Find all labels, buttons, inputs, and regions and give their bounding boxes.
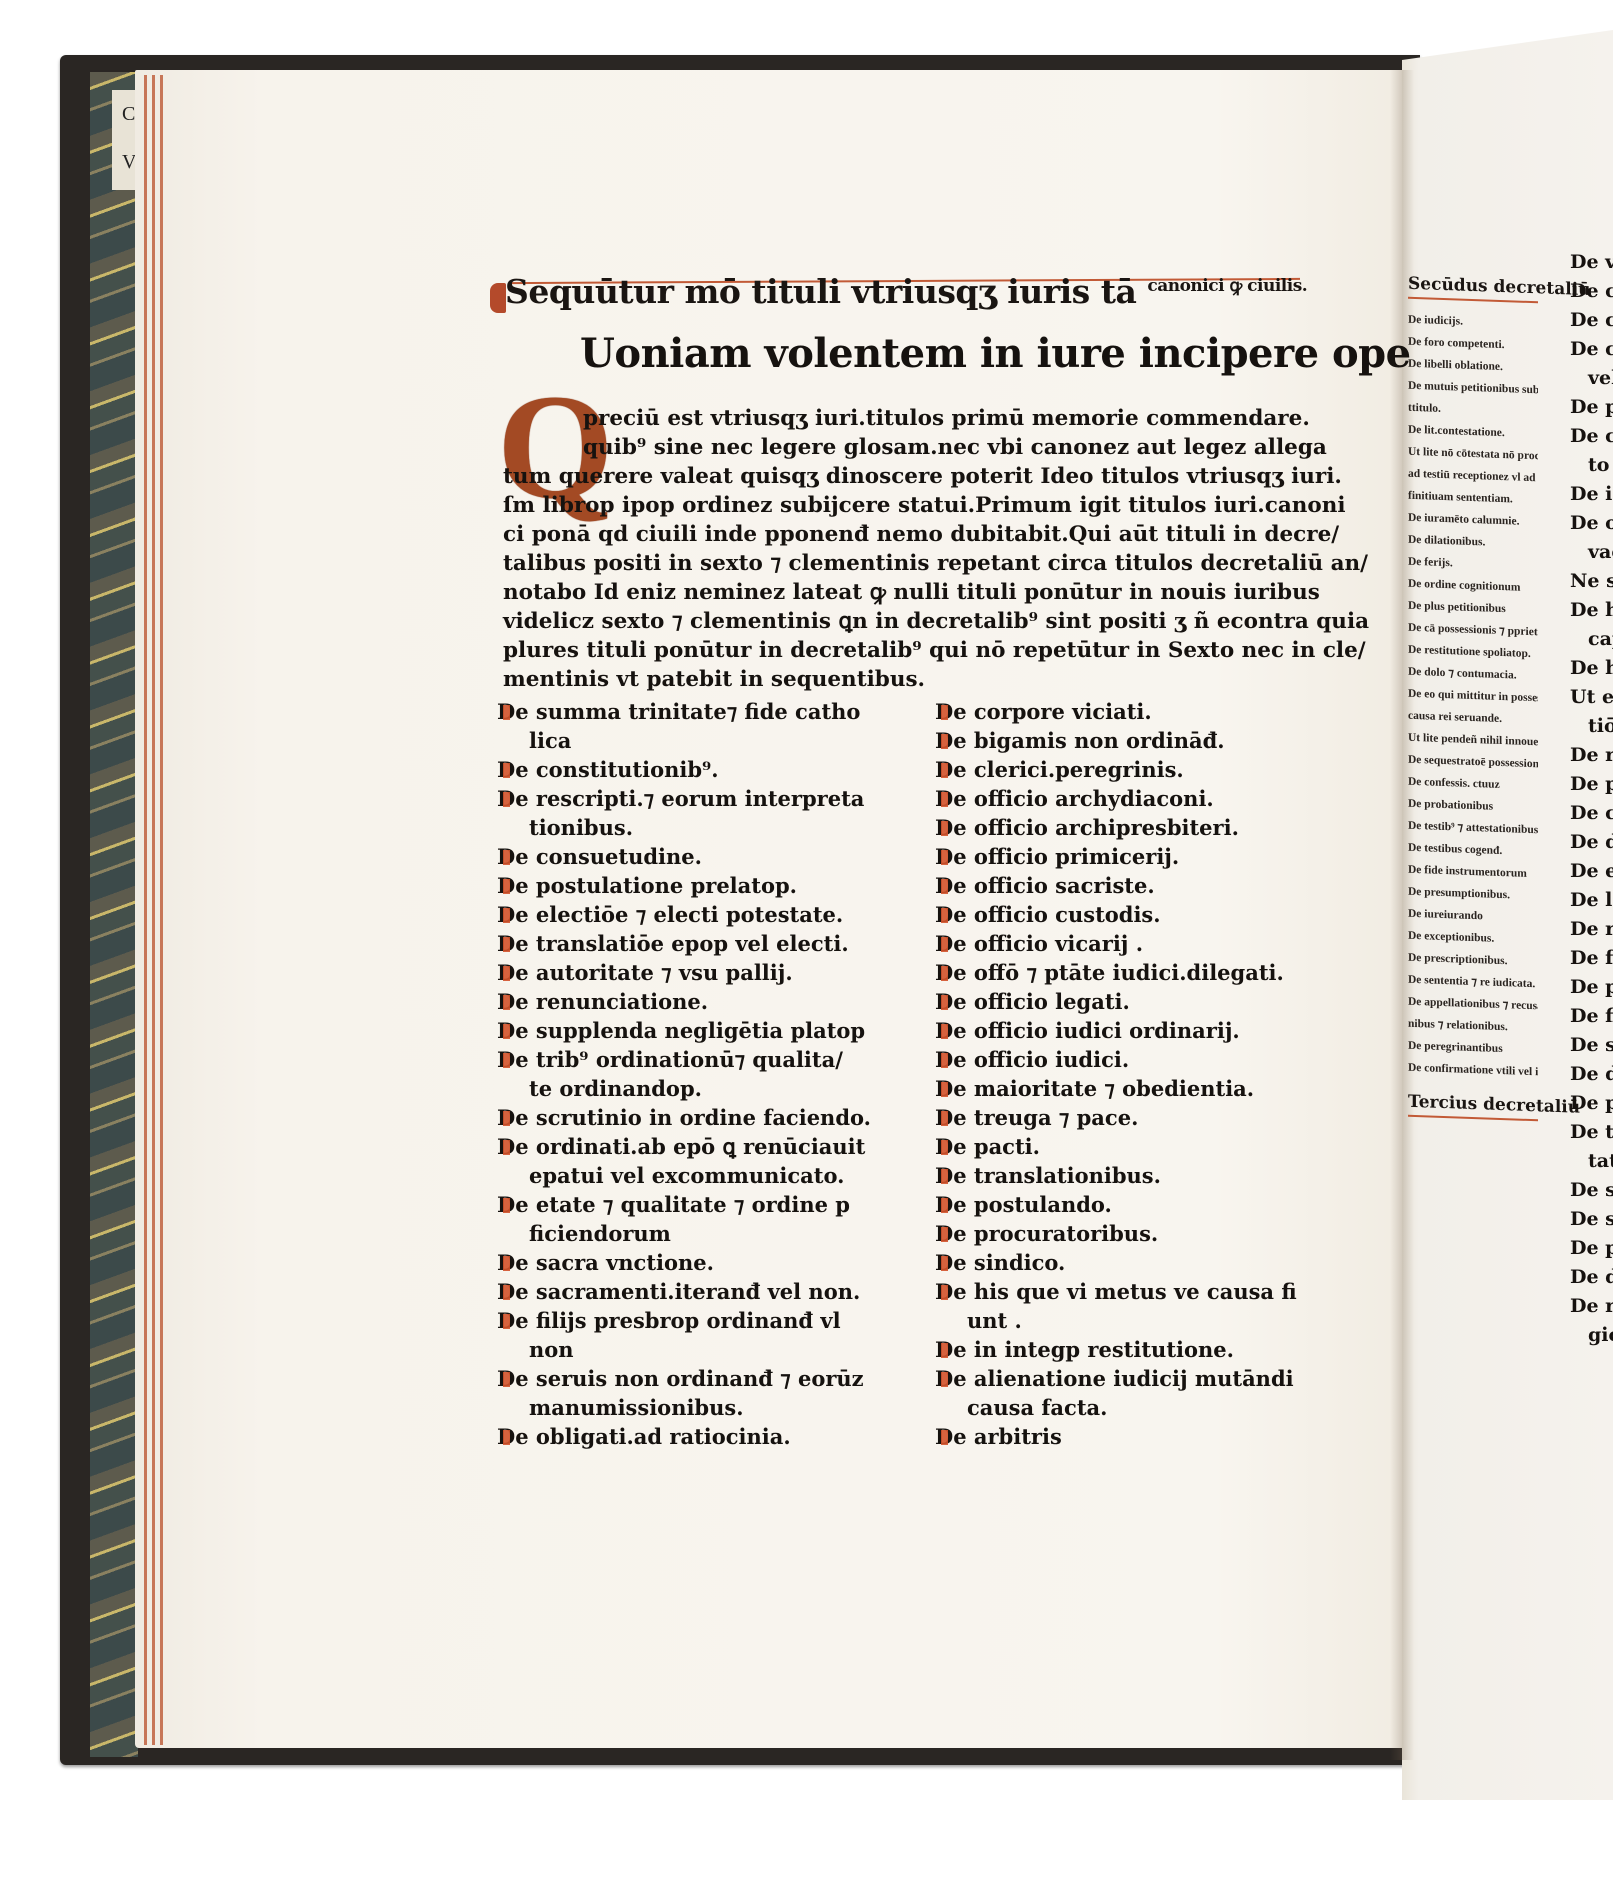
title-entry: De in integp restitutione. [935,1335,1315,1364]
rubricated-capital-icon [941,1198,948,1213]
title-entry-text: De rescripti.⁊ eorum interpreta [497,786,864,811]
rubricated-capital-icon [941,1372,948,1387]
marbled-endpaper [90,72,138,1757]
title-entry-text: De his que vi metus ve causa fi [935,1279,1297,1304]
title-entry: De constitutionib⁹. [497,755,917,784]
rubricated-capital-icon [503,937,510,952]
title-entry: De test [1570,1118,1613,1147]
rubricated-capital-icon [941,1140,948,1155]
title-entry: De officio sacriste. [935,871,1315,900]
title-entry-continuation: unt . [935,1306,1315,1335]
title-entry-continuation: epatui vel excommunicato. [497,1161,917,1190]
rubricated-capital-icon [941,792,948,807]
title-entry: De officio legati. [935,987,1315,1016]
rubricated-capital-icon [941,1024,948,1039]
title-entry: De his [1570,654,1613,683]
title-entry: De dep [1570,828,1613,857]
title-entry-text: De trib⁹ ordinationū⁊ qualita/ [497,1047,843,1072]
title-entry-text: De seruis non ordinanđ ⁊ eorūz [497,1366,864,1391]
title-entry: De procuratoribus. [935,1219,1315,1248]
title-entry: De vi [1570,248,1613,277]
title-entry-text: De obligati.ad ratiocinia. [497,1424,791,1449]
titles-column-2: De corpore viciati.De bigamis non ordinā… [935,697,1315,1451]
title-entry: De sacra vnctione. [497,1248,917,1277]
title-entry-text: De officio archydiaconi. [935,786,1214,811]
rubricated-capital-icon [941,1343,948,1358]
title-entry: De co [1570,277,1613,306]
title-entry-text: De officio primicerij. [935,844,1179,869]
title-entry-text: De pacti. [935,1134,1040,1159]
title-entry-continuation: manumissionibus. [497,1393,917,1422]
title-entry-text: De translatiōe epop vel electi. [497,931,849,956]
title-entry: De ordinati.ab epō ꝗ renūciauitepatui ve… [497,1132,917,1190]
title-entry: De postulando. [935,1190,1315,1219]
title-entry-continuation: te ordinandop. [497,1074,917,1103]
section-heading: Secūdus decretaliū [1408,273,1538,304]
rubricated-capital-icon [503,1372,510,1387]
rubricated-capital-icon [941,995,948,1010]
rubricated-capital-icon [941,850,948,865]
title-entry: De scrutinio in ordine faciendo. [497,1103,917,1132]
title-entry: Ne sed [1570,567,1613,596]
title-entry: De clerici.peregrinis. [935,755,1315,784]
paragraph-line: quib⁹ sine nec legere glosam.nec vbi can… [503,433,1303,462]
title-entry: De reb [1570,741,1613,770]
title-entry: De con [1570,799,1613,828]
title-entry-continuation: non [497,1335,917,1364]
title-entry: De seruis non ordinanđ ⁊ eorūzmanumissio… [497,1364,917,1422]
title-entry-text: De autoritate ⁊ vsu pallij. [497,960,793,985]
title-entry: tatib [1570,1147,1613,1176]
title-entry: De pre [1570,770,1613,799]
title-entry: De succe [1570,1176,1613,1205]
rubric-paragraph-mark-icon [490,283,506,313]
paragraph-line: talibus positi in sexto ⁊ clementinis re… [503,549,1303,578]
rubricated-capital-icon [941,1053,948,1068]
title-entry-text: De filijs presbrop ordinanđ vl [497,1308,841,1333]
title-entry: De cle [1570,306,1613,335]
rubricated-capital-icon [941,821,948,836]
title-entry-text: De offō ⁊ ptāte iudici.dilegati. [935,960,1284,985]
paragraph-line: ci ponā qd ciuili inde pponenđ nemo dubi… [503,520,1303,549]
right-page-column-1: Secūdus decretaliū De iudicijs.De foro c… [1408,273,1538,1132]
title-entry: De officio custodis. [935,900,1315,929]
title-entry-text: De bigamis non ordināđ. [935,728,1225,753]
title-entry-text: De postulando. [935,1192,1112,1217]
title-entry-text: De sindico. [935,1250,1065,1275]
title-entry: De officio vicarij . [935,929,1315,958]
rubricated-capital-icon [941,734,948,749]
title-entry: De corpore viciati. [935,697,1315,726]
title-entry: vel p [1570,364,1613,393]
title-entry: De trib⁹ ordinationū⁊ qualita/te ordinan… [497,1045,917,1103]
paragraph-line: videlicz sexto ⁊ clementinis ꝗn in decre… [503,607,1303,636]
title-entry-text: De translationibus. [935,1163,1161,1188]
title-entry: De decis [1570,1263,1613,1292]
title-entry-text: De sacra vnctione. [497,1250,714,1275]
title-entry: De summa trinitate⁊ fide catholica [497,697,917,755]
heading-superscript: canonici ꝙ ciuilis. [1147,276,1307,296]
title-entry-text: De officio legati. [935,989,1130,1014]
title-entry: De offō ⁊ ptāte iudici.dilegati. [935,958,1315,987]
title-entry-text: De ordinati.ab epō ꝗ renūciauit [497,1134,865,1159]
title-entry: De renunciatione. [497,987,917,1016]
title-entry: De etate ⁊ qualitate ⁊ ordine pficiendor… [497,1190,917,1248]
title-entry: De cle [1570,422,1613,451]
rubricated-capital-icon [941,1169,948,1184]
title-entry: De alienatione iudicij mutāndicausa fact… [935,1364,1315,1422]
rubricated-capital-icon [941,1285,948,1300]
rubricated-capital-icon [941,705,948,720]
paragraph-line: mentinis vt patebit in sequentibus. [503,665,1303,694]
rubricated-capital-icon [503,966,510,981]
rubricated-capital-icon [503,763,510,778]
section-heading: Tercius decretaliū [1408,1091,1538,1122]
title-entry-text: De scrutinio in ordine faciendo. [497,1105,871,1130]
title-entry-text: De etate ⁊ qualitate ⁊ ordine p [497,1192,850,1217]
title-entry-text: De treuga ⁊ pace. [935,1105,1138,1130]
title-entry-text: De in integp restitutione. [935,1337,1234,1362]
title-entry: De officio archydiaconi. [935,784,1315,813]
title-entry: De oce [1570,509,1613,538]
title-entry: De rescripti.⁊ eorum interpretationibus. [497,784,917,842]
title-entry: De filijs presbrop ordinanđ vlnon [497,1306,917,1364]
rubricated-capital-icon [503,1285,510,1300]
title-entry: De officio primicerij. [935,842,1315,871]
rubricated-capital-icon [941,1256,948,1271]
title-entry: De loc [1570,886,1613,915]
rubricated-capital-icon [941,937,948,952]
title-entry-text: De officio custodis. [935,902,1161,927]
rubricated-capital-icon [503,1314,510,1329]
title-entry-continuation: lica [497,726,917,755]
rubricated-capital-icon [503,908,510,923]
rubricated-capital-icon [503,879,510,894]
paragraph-line: ſm librop ipop ordinez subijcere statui.… [503,491,1303,520]
title-entry: tiōe c [1570,712,1613,741]
title-entry: De feud [1570,944,1613,973]
titles-column-1: De summa trinitate⁊ fide catholicaDe con… [497,697,917,1451]
title-entry-text: De maioritate ⁊ obedientia. [935,1076,1254,1101]
rubricated-capital-icon [941,1430,948,1445]
title-entry-text: De officio iudici ordinarij. [935,1018,1240,1043]
title-entry: De treuga ⁊ pace. [935,1103,1315,1132]
title-entry: De pacti. [935,1132,1315,1161]
paragraph-line: plures tituli ponūtur in decretalib⁹ qui… [503,636,1303,665]
rubricated-capital-icon [503,705,510,720]
title-entry-text: De postulatione prelatop. [497,873,797,898]
title-entry: De sepul [1570,1205,1613,1234]
fore-edge-rule [152,75,155,1745]
paragraph-line: tum querere valeat quisqʒ dinoscere pote… [503,462,1303,491]
rubricated-capital-icon [941,1227,948,1242]
title-entry: De electiōe ⁊ electi potestate. [497,900,917,929]
title-entry: De maioritate ⁊ obedientia. [935,1074,1315,1103]
intro-paragraph: preciū est vtriusqʒ iuri.titulos primū m… [503,404,1303,694]
title-entry-text: De arbitris [935,1424,1062,1449]
title-entry-continuation: tionibus. [497,813,917,842]
title-entry-continuation: causa facta. [935,1393,1315,1422]
title-entry: De pec [1570,1089,1613,1118]
rubricated-capital-icon [503,995,510,1010]
title-entry: De consuetudine. [497,842,917,871]
title-entry: De solu [1570,1031,1613,1060]
title-entry: De pō [1570,393,1613,422]
paragraph-line: preciū est vtriusqʒ iuri.titulos primū m… [503,404,1303,433]
title-entry: De his que vi metus ve causa fiunt . [935,1277,1315,1335]
rubricated-capital-icon [503,792,510,807]
title-entry: De emp [1570,857,1613,886]
title-entry: De regul [1570,1292,1613,1321]
title-entry: De inst [1570,480,1613,509]
title-entry: De autoritate ⁊ vsu pallij. [497,958,917,987]
title-entry-text: De officio sacriste. [935,873,1155,898]
title-entry: to m [1570,451,1613,480]
title-entry-text: De sacramenti.iteranđ vel non. [497,1279,860,1304]
rubricated-capital-icon [941,1082,948,1097]
title-entry: De officio iudici. [935,1045,1315,1074]
title-entry-text: De officio iudici. [935,1047,1129,1072]
rubricated-capital-icon [503,1198,510,1213]
heading-main: Sequūtur mō tituli vtriusqʒ iuris tā [505,272,1136,311]
paragraph-line: notabo Id eniz neminez lateat ꝙ nulli ti… [503,578,1303,607]
title-entry: De poch [1570,1234,1613,1263]
rubricated-capital-icon [941,1111,948,1126]
rubricated-capital-icon [503,1430,510,1445]
title-entry-text: De corpore viciati. [935,699,1152,724]
page-heading: Sequūtur mō tituli vtriusqʒ iuris tā can… [505,272,1307,311]
title-entry: De translatiōe epop vel electi. [497,929,917,958]
title-entry: capi [1570,625,1613,654]
title-entry: De obligati.ad ratiocinia. [497,1422,917,1451]
title-entry-text: De officio archipresbiteri. [935,815,1239,840]
rubricated-capital-icon [503,1140,510,1155]
rubricated-capital-icon [941,966,948,981]
rubricated-capital-icon [503,1111,510,1126]
title-entry-text: De supplenda negligētia platop [497,1018,865,1043]
title-entry: De confirmatione vtili vel inutili. [1408,1057,1538,1084]
title-entry-text: De clerici.peregrinis. [935,757,1184,782]
rubricated-capital-icon [941,908,948,923]
title-entry-text: De officio vicarij . [935,931,1143,956]
title-entry: vacant [1570,538,1613,567]
title-entry: De sindico. [935,1248,1315,1277]
title-entry-text: De consuetudine. [497,844,702,869]
title-entry: De fide [1570,1002,1613,1031]
fore-edge-rule [160,75,163,1745]
title-entry-text: De summa trinitate⁊ fide catho [497,699,860,724]
rubricated-capital-icon [503,1024,510,1039]
rubricated-capital-icon [941,763,948,778]
title-entry-text: De alienatione iudicij mutāndi [935,1366,1294,1391]
title-entry: De officio iudici ordinarij. [935,1016,1315,1045]
incipit-line: Uoniam volentem in iure incipere ope [580,330,1411,377]
fore-edge-rule [144,75,147,1745]
title-entry: De sacramenti.iteranđ vel non. [497,1277,917,1306]
rubricated-capital-icon [941,879,948,894]
title-entry: De rep [1570,915,1613,944]
title-entry-text: De procuratoribus. [935,1221,1158,1246]
title-entry-text: De renunciatione. [497,989,708,1014]
title-entry: De bigamis non ordināđ. [935,726,1315,755]
title-entry-continuation: ficiendorum [497,1219,917,1248]
title-entry: gionen [1570,1321,1613,1350]
rubricated-capital-icon [503,850,510,865]
title-entry: Ut ecc [1570,683,1613,712]
title-entry: De his [1570,596,1613,625]
title-entry: De officio archipresbiteri. [935,813,1315,842]
title-entry: De don [1570,1060,1613,1089]
right-page-column-2: De viDe coDe cleDe clevel pDe pōDe cleto… [1570,248,1613,1350]
rubricated-capital-icon [503,1256,510,1271]
title-entry: De supplenda negligētia platop [497,1016,917,1045]
title-entry: De arbitris [935,1422,1315,1451]
rubricated-capital-icon [503,1053,510,1068]
title-entry: De postulatione prelatop. [497,871,917,900]
title-entry: De cle [1570,335,1613,364]
title-entry-text: De constitutionib⁹. [497,757,719,782]
title-entry: De pign [1570,973,1613,1002]
title-entry-text: De electiōe ⁊ electi potestate. [497,902,843,927]
title-entry: De translationibus. [935,1161,1315,1190]
